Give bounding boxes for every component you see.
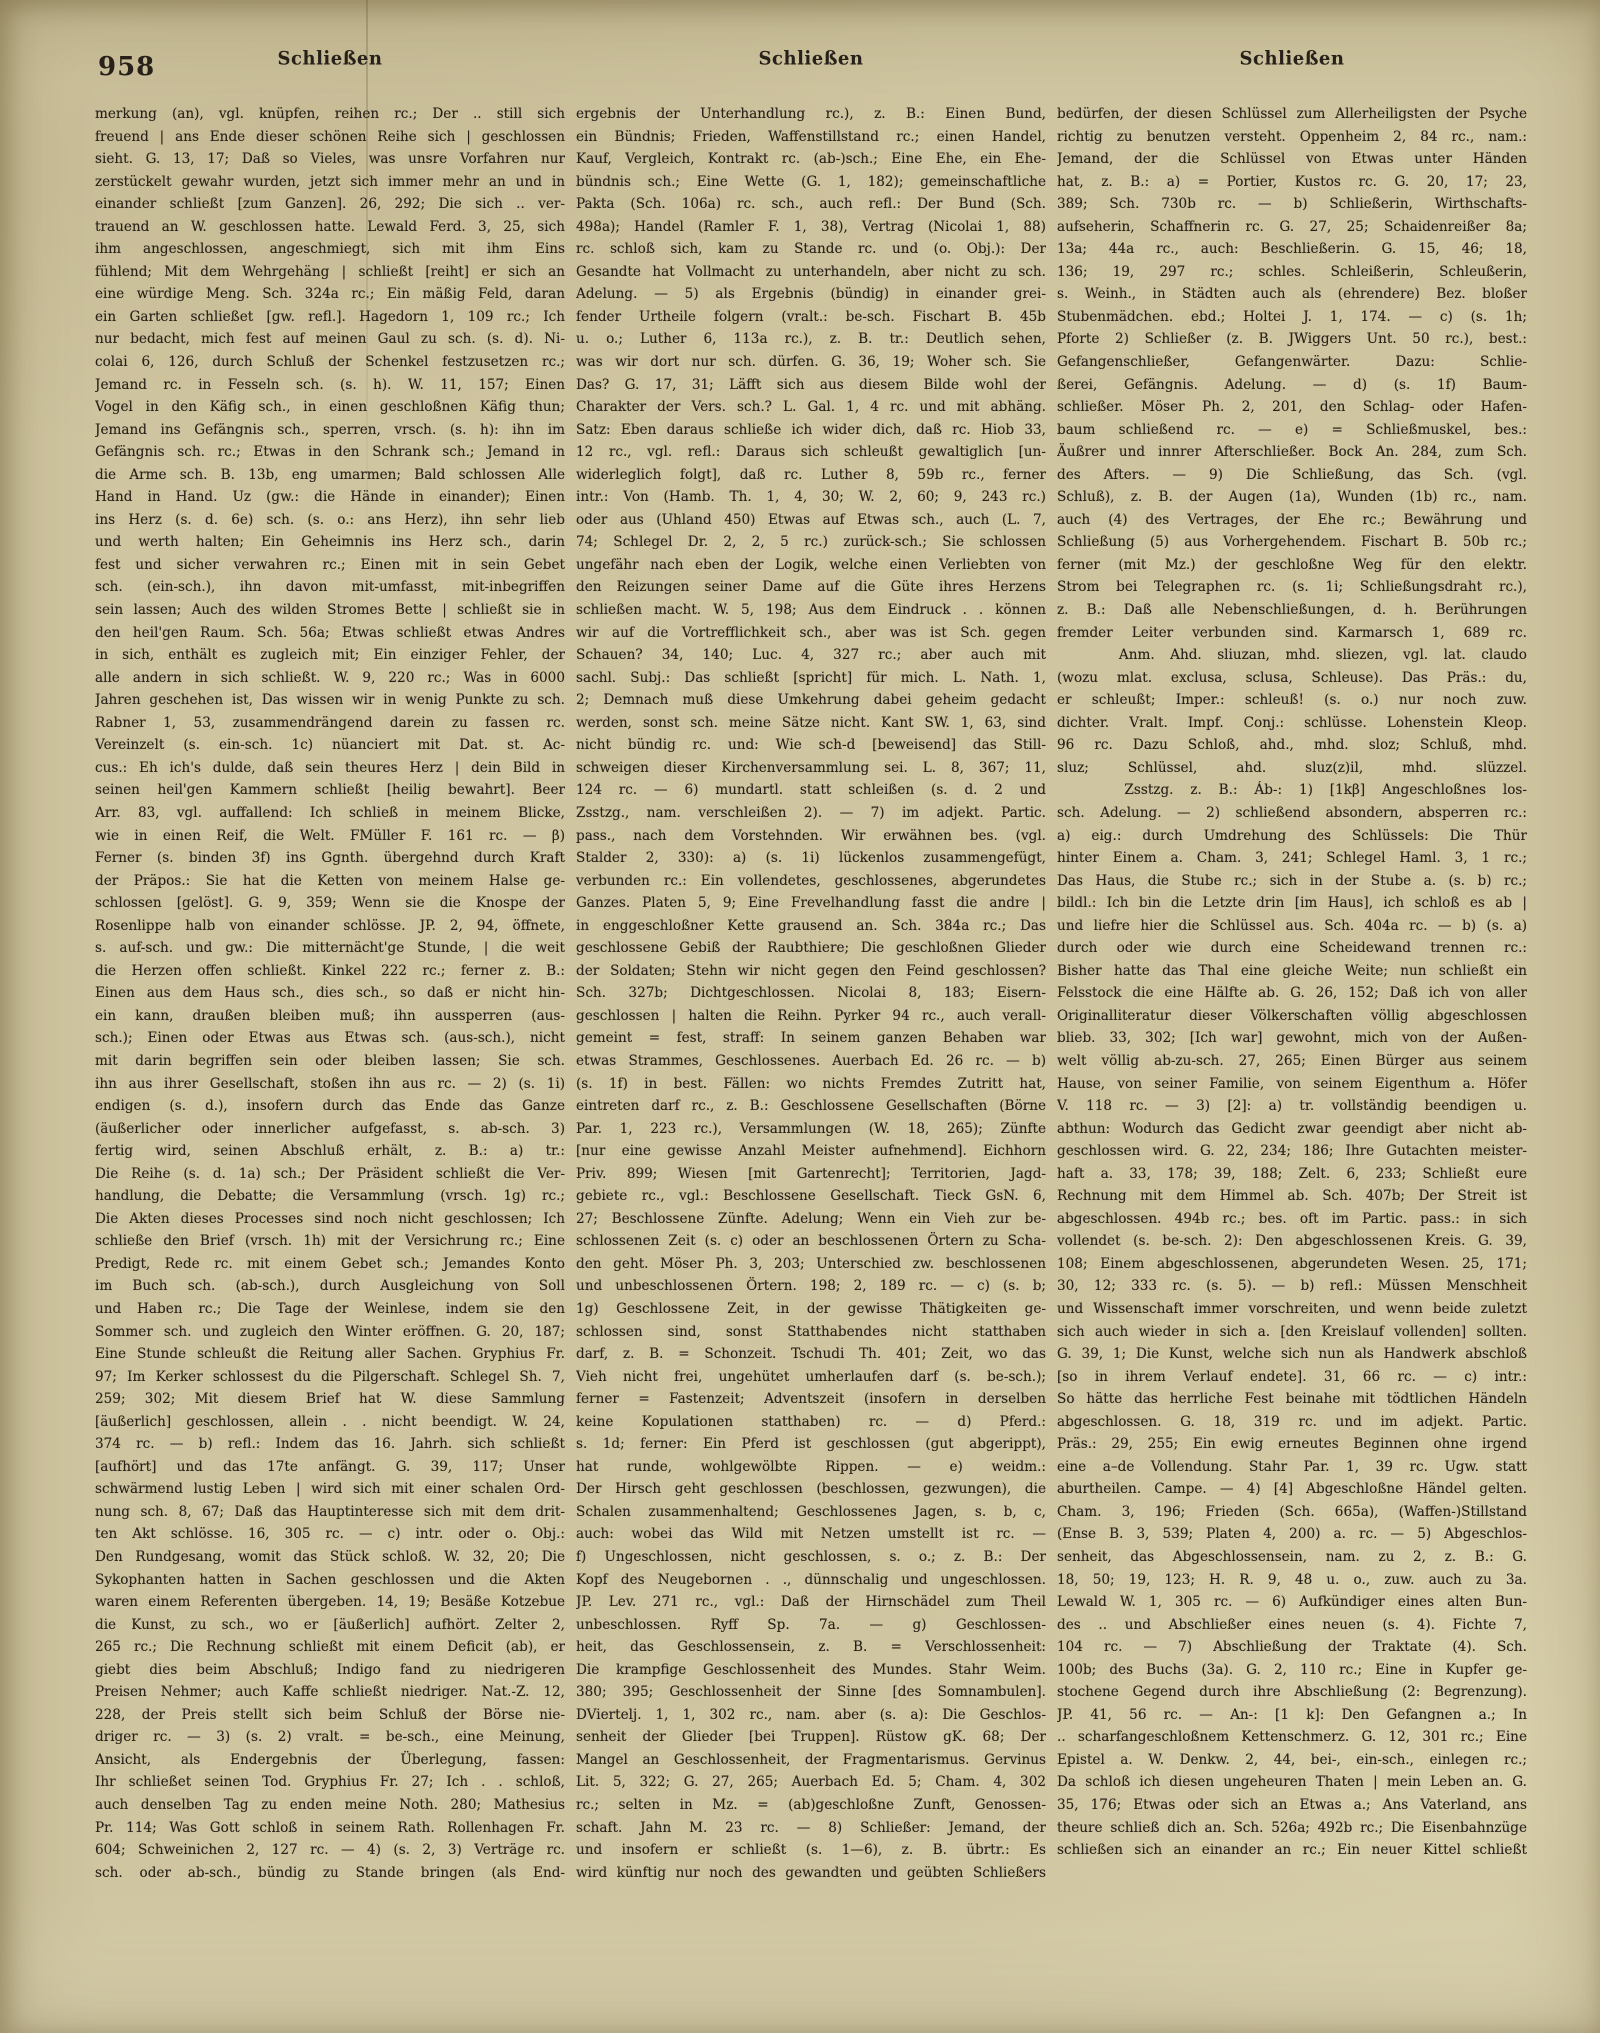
text-line: f) Ungeschlossen, nicht geschlossen, s. … [576,1546,1046,1569]
text-line: ein Garten schließet [gw. refl.]. Hagedo… [95,306,565,329]
text-line: sch. (ein-sch.), ihn davon mit-umfasst, … [95,576,565,599]
text-line: Präs.: 29, 255; Ein ewig erneutes Beginn… [1057,1433,1527,1456]
text-line: alle andern in sich schließt. W. 9, 220 … [95,667,565,690]
text-line: Bisher hatte das Thal eine gleiche Weite… [1057,960,1527,983]
text-line: 2; Demnach muß diese Umkehrung dabei geh… [576,689,1046,712]
text-line: geschlossene Gebiß der Raubthiere; Die g… [576,937,1046,960]
text-line: 108; Einem abgeschlossenen, abgerundeten… [1057,1253,1527,1276]
text-body: merkung (an), vgl. knüpfen, reihen rc.; … [0,103,1599,1884]
text-line: nur bedacht, mich fest auf meinen Gaul z… [95,328,565,351]
text-line: schlossenen Zeit (s. c) oder an beschlos… [576,1230,1046,1253]
text-line: Gesandte hat Vollmacht zu unterhandeln, … [576,261,1046,284]
text-line: ihm angeschlossen, angeschmiegt, sich mi… [95,238,565,261]
text-line: trauend an W. geschlossen hatte. Lewald … [95,216,565,239]
text-line: baum schließend rc. — e) = Schließmuskel… [1057,419,1527,442]
text-line: bildl.: Ich bin die Letzte drin [im Haus… [1057,892,1527,915]
text-line: und werth halten; Ein Geheimnis ins Herz… [95,531,565,554]
running-head-column-3: Schließen [1057,47,1527,69]
text-line: Pakta (Sch. 106a) rc. sch., auch refl.: … [576,193,1046,216]
text-line: wie in einen Reif, die Welt. FMüller F. … [95,825,565,848]
text-line: Cham. 3, 196; Frieden (Sch. 665a), (Waff… [1057,1501,1527,1524]
text-line: sachl. Subj.: Das schließt [spricht] für… [576,667,1046,690]
text-line: bündnis sch.; Eine Wette (G. 1, 182); ge… [576,171,1046,194]
text-line: Den Rundgesang, womit das Stück schloß. … [95,1546,565,1569]
text-line: fühlend; Mit dem Wehrgehäng | schließt [… [95,261,565,284]
text-line: s. Weinh., in Städten auch als (ehrender… [1057,283,1527,306]
text-line: z. B.: Daß alle Nebenschließungen, d. h.… [1057,599,1527,622]
text-line: Schalen zusammenhaltend; Geschlossenes J… [576,1501,1046,1524]
text-line: .. scharfangeschloßnem Kettenschmerz. G.… [1057,1726,1527,1749]
text-line: gebiete rc., vgl.: Beschlossene Gesellsc… [576,1185,1046,1208]
text-line: 27; Beschlossene Zünfte. Adelung; Wenn e… [576,1208,1046,1231]
text-line: schließer. Möser Ph. 2, 201, den Schlag-… [1057,396,1527,419]
text-line: widerleglich folgt], daß rc. Luther 8, 5… [576,464,1046,487]
text-line: Stalder 2, 330): a) (s. 1i) lückenlos zu… [576,847,1046,870]
text-line: Zsstzg. z. B.: Áb-: 1) [1kβ] Angeschloßn… [1057,779,1527,802]
text-column-1: merkung (an), vgl. knüpfen, reihen rc.; … [95,103,565,1884]
text-line: schwärmend lustig Leben | wird sich mit … [95,1478,565,1501]
text-line: ein kann, draußen bleiben muß; ihn aussp… [95,1005,565,1028]
text-line: fremder Leiter verbunden sind. Karmarsch… [1057,622,1527,645]
text-line: und unbeschlossenen Örtern. 198; 2, 189 … [576,1275,1046,1298]
text-line: eintreten darf rc., z. B.: Geschlossene … [576,1095,1046,1118]
text-line: driger rc. — 3) (s. 2) vralt. = be-sch.,… [95,1726,565,1749]
text-line: wird künftig nur noch des gewandten und … [576,1862,1046,1885]
text-line: einander schließt [zum Ganzen]. 26, 292;… [95,193,565,216]
text-line: Gefängnis sch. rc.; Etwas in den Schrank… [95,441,565,464]
text-line: Satz: Eben daraus schließe ich wider dic… [576,419,1046,442]
text-line: ferner = Fastenzeit; Adventszeit (insofe… [576,1388,1046,1411]
text-line: hat, z. B.: a) = Portier, Kustos rc. G. … [1057,171,1527,194]
text-line: 136; 19, 297 rc.; schles. Schleißerin, S… [1057,261,1527,284]
text-line: Schließung (5) aus Vorhergehendem. Fisch… [1057,531,1527,554]
text-line: [aufhört] und das 17te anfängt. G. 39, 1… [95,1456,565,1479]
text-line: in sich, enthält es zugleich mit; Ein ei… [95,644,565,667]
text-line: [so in ihrem Verlauf endete]. 31, 66 rc.… [1057,1366,1527,1389]
text-line: sch.); Einen oder Etwas aus Etwas sch. (… [95,1027,565,1050]
text-line: fertig wird, seinen Abschluß erhält, z. … [95,1140,565,1163]
text-line: sluz; Schlüssel, ahd. sluz(z)il, mhd. sl… [1057,757,1527,780]
text-line: seinen heil'gen Kammern schließt [heilig… [95,779,565,802]
text-line: eine würdige Meng. Sch. 324a rc.; Ein mä… [95,283,565,306]
text-line: sein lassen; Auch des wilden Stromes Bet… [95,599,565,622]
text-line: Priv. 899; Wiesen [mit Gartenrecht]; Ter… [576,1163,1046,1186]
text-line: verbunden rc.: Ein vollendetes, geschlos… [576,870,1046,893]
text-line: rc. schloß sich, kam zu Stande rc. und (… [576,238,1046,261]
running-head-row: Schließen Schließen Schließen [0,48,1600,69]
text-line: Felsstock die eine Hälfte ab. G. 26, 152… [1057,982,1527,1005]
text-line: Die Akten dieses Processes sind noch nic… [95,1208,565,1231]
text-line: sieht. G. 13, 17; Daß so Vieles, was uns… [95,148,565,171]
text-line: vollendet (s. be-sch. 2): Den abgeschlos… [1057,1230,1527,1253]
text-line: nicht bündig rc. und: Wie sch-d [beweise… [576,734,1046,757]
text-line: den Reizungen seiner Dame auf die Güte i… [576,576,1046,599]
text-line: abthun: Wodurch das Gedicht zwar geendig… [1057,1118,1527,1141]
text-line: Adelung. — 5) als Ergebnis (bündig) in e… [576,283,1046,306]
text-line: Ihr schließet seinen Tod. Gryphius Fr. 2… [95,1771,565,1794]
text-line: merkung (an), vgl. knüpfen, reihen rc.; … [95,103,565,126]
text-line: schließen sich an einander an rc.; Ein n… [1057,1839,1527,1862]
text-line: Kopf des Neugebornen . ., dünnschalig un… [576,1569,1046,1592]
text-line: die Kunst, zu sch., wo er [äußerlich] au… [95,1614,565,1637]
text-line: G. 39, 1; Die Kunst, welche sich nun als… [1057,1343,1527,1366]
text-line: Jemand ins Gefängnis sch., sperren, vrsc… [95,419,565,442]
text-line: Par. 1, 223 rc.), Versammlungen (W. 18, … [576,1118,1046,1141]
text-line: Predigt, Rede rc. mit einem Gebet sch.; … [95,1253,565,1276]
text-line: Ganzes. Platen 5, 9; Eine Frevelhandlung… [576,892,1046,915]
text-line: 74; Schlegel Dr. 2, 2, 5 rc.) zurück-sch… [576,531,1046,554]
text-line: [äußerlich] geschlossen, allein . . nich… [95,1411,565,1434]
text-line: hat runde, wohlgewölbte Rippen. — e) wei… [576,1456,1046,1479]
running-head-column-2: Schließen [576,47,1046,69]
text-line: sich auch wieder in sich a. [den Kreisla… [1057,1321,1527,1344]
text-line: (äußerlicher oder innerlicher aufgefasst… [95,1118,565,1141]
text-line: schließen macht. W. 5, 198; Aus dem Eind… [576,599,1046,622]
text-line: auch (4) des Vertrages, der Ehe rc.; Bew… [1057,509,1527,532]
text-line: 100b; des Buchs (3a). G. 2, 110 rc.; Ein… [1057,1659,1527,1682]
text-line: unbeschlossen. Ryff Sp. 7a. — g) Geschlo… [576,1614,1046,1637]
text-line: dichter. Vralt. Impf. Conj.: schlüsse. L… [1057,712,1527,735]
text-line: Schauen? 34, 140; Luc. 4, 327 rc.; aber … [576,644,1046,667]
text-line: ten Akt schlösse. 16, 305 rc. — c) intr.… [95,1523,565,1546]
text-line: geschlossen wird. G. 22, 234; 186; Ihre … [1057,1140,1527,1163]
text-line: Rechnung mit dem Himmel ab. Sch. 407b; D… [1057,1185,1527,1208]
text-line: s. auf-sch. und gw.: Die mitternächt'ge … [95,937,565,960]
text-line: JP. Lev. 271 rc., vgl.: Daß der Hirnschä… [576,1591,1046,1614]
text-line: Pforte 2) Schließer (z. B. JWiggers Unt.… [1057,328,1527,351]
text-line: der Präpos.: Sie hat die Ketten von mein… [95,870,565,893]
text-line: und Wissenschaft immer vorschreiten, und… [1057,1298,1527,1321]
text-line: cus.: Eh ich's dulde, daß sein theures H… [95,757,565,780]
text-line: hinter Einem a. Cham. 3, 241; Schlegel H… [1057,847,1527,870]
text-line: den geht. Möser Ph. 3, 203; Unterschied … [576,1253,1046,1276]
text-line: schlossen [gelöst]. G. 9, 359; Wenn sie … [95,892,565,915]
text-line: intr.: Von (Hamb. Th. 1, 4, 30; W. 2, 60… [576,486,1046,509]
text-line: Vogel in den Käfig sch., in einen geschl… [95,396,565,419]
text-line: Der Hirsch geht geschlossen (beschlossen… [576,1478,1046,1501]
text-line: sch. Adelung. — 2) schließend absondern,… [1057,802,1527,825]
text-line: Hand in Hand. Uz (gw.: die Hände in eina… [95,486,565,509]
dictionary-page-scan: 958 Schließen Schließen Schließen merkun… [0,0,1600,2033]
text-line: des .. und Abschließer eines neuen (s. 4… [1057,1614,1527,1637]
text-line: 265 rc.; Die Rechnung schließt mit einem… [95,1636,565,1659]
text-line: Stubenmädchen. ebd.; Holtei J. 1, 174. —… [1057,306,1527,329]
page-header: 958 Schließen Schließen Schließen [0,48,1600,88]
text-line: richtig zu benutzen versteht. Oppenheim … [1057,126,1527,149]
text-line: im Buch sch. (ab-sch.), durch Ausgleichu… [95,1275,565,1298]
text-line: den heil'gen Raum. Sch. 56a; Etwas schli… [95,622,565,645]
text-line: geschlossen | halten die Reihn. Pyrker 9… [576,1005,1046,1028]
text-line: handlung, die Debatte; die Versammlung (… [95,1185,565,1208]
text-line: Epistel a. W. Denkw. 2, 44, bei-, ein-sc… [1057,1749,1527,1772]
text-line: schaft. Jahn M. 23 rc. — 8) Schließer: J… [576,1817,1046,1840]
text-line: 1g) Geschlossene Zeit, in der gewisse Th… [576,1298,1046,1321]
text-line: auch: wobei das Wild mit Netzen umstellt… [576,1523,1046,1546]
text-line: endigen (s. d.), insofern durch das Ende… [95,1095,565,1118]
text-line: Arr. 83, vgl. auffallend: Ich schließ in… [95,802,565,825]
text-line: colai 6, 126, durch Schluß der Schenkel … [95,351,565,374]
text-line: Ferner (s. binden 3f) ins Ggnth. übergeh… [95,847,565,870]
text-line: ferner (mit Mz.) der geschloßne Weg für … [1057,554,1527,577]
text-line: schlossen sind, sonst Statthabendes nich… [576,1321,1046,1344]
text-line: Das Haus, die Stube rc.; sich in der Stu… [1057,870,1527,893]
text-line: in enggeschloßner Kette grausend an. Sch… [576,915,1046,938]
text-line: 124 rc. — 6) mundartl. statt schleißen (… [576,779,1046,802]
text-line: die Arme sch. B. 13b, eng umarmen; Bald … [95,464,565,487]
text-line: So hätte das herrliche Fest beinahe mit … [1057,1388,1527,1411]
text-line: der Soldaten; Stehn wir nicht gegen den … [576,960,1046,983]
text-line: Einen aus dem Haus sch., dies sch., so d… [95,982,565,1005]
text-line: Charakter der Vers. sch.? L. Gal. 1, 4 r… [576,396,1046,419]
text-line: Jemand rc. in Fesseln sch. (s. h). W. 11… [95,374,565,397]
text-line: Originalliteratur dieser Völkerschaften … [1057,1005,1527,1028]
text-line: welt völlig ab-zu-sch. 27, 265; Einen Bü… [1057,1050,1527,1073]
text-line: etwas Strammes, Geschlossenes. Auerbach … [576,1050,1046,1073]
text-line: wir auf die Vortrefflichkeit sch., aber … [576,622,1046,645]
text-line: fender Urtheile folgern (vralt.: be-sch.… [576,306,1046,329]
text-line: giebt dies beim Abschluß; Indigo fand zu… [95,1659,565,1682]
text-line: s. 1d; ferner: Ein Pferd ist geschlossen… [576,1433,1046,1456]
text-line: 96 rc. Dazu Schloß, ahd., mhd. sloz; Sch… [1057,734,1527,757]
text-line: stochene Gegend durch ihre Abschließung … [1057,1681,1527,1704]
text-line: Die krampfige Geschlossenheit des Mundes… [576,1659,1046,1682]
text-line: Preisen Nehmer; auch Kaffe schließt nied… [95,1681,565,1704]
text-line: gemeint = fest, straff: In seinem ganzen… [576,1027,1046,1050]
text-line: u. o.; Luther 6, 113a rc.), z. B. tr.: D… [576,328,1046,351]
text-line: schweigen dieser Kirchenversammlung sei.… [576,757,1046,780]
text-column-2: ergebnis der Unterhandlung rc.), z. B.: … [576,103,1046,1884]
text-line: heit, das Geschlossensein, z. B. = Versc… [576,1636,1046,1659]
text-line: schließe den Brief (vrsch. 1h) mit der V… [95,1230,565,1253]
text-line: sch. oder ab-sch., bündig zu Stande brin… [95,1862,565,1885]
text-line: Zsstzg., nam. verschleißen 2). — 7) im a… [576,802,1046,825]
text-line: ins Herz (s. d. 6e) sch. (s. o.: ans Her… [95,509,565,532]
text-line: er schleußt; Imper.: schleuß! (s. o.) nu… [1057,689,1527,712]
text-line: 12 rc., vgl. refl.: Daraus sich schleußt… [576,441,1046,464]
text-line: Lit. 5, 322; G. 27, 265; Auerbach Ed. 5;… [576,1771,1046,1794]
text-line: waren einem Referenten übergeben. 14, 19… [95,1591,565,1614]
text-line: und insofern er schließt (s. 1—6), z. B.… [576,1839,1046,1862]
text-line: blieb. 33, 302; [Ich war] gewohnt, mich … [1057,1027,1527,1050]
text-line: nung sch. 8, 67; Daß das Hauptinteresse … [95,1501,565,1524]
text-line: pass., nach dem Vorstehnden. Wir erwähne… [576,825,1046,848]
text-line: senheit, das Abgeschlossensein, nam. zu … [1057,1546,1527,1569]
text-line: Die Reihe (s. d. 1a) sch.; Der Präsident… [95,1163,565,1186]
text-line: oder aus (Uhland 450) Etwas auf Etwas sc… [576,509,1046,532]
text-line: a) eig.: durch Umdrehung des Schlüssels:… [1057,825,1527,848]
text-line: 35, 176; Etwas oder sich an Etwas a.; An… [1057,1794,1527,1817]
text-line: und liefre hier die Schlüssel aus. Sch. … [1057,915,1527,938]
text-line: Jemand, der die Schlüssel von Etwas unte… [1057,148,1527,171]
text-line: 228, der Preis stellt sich beim Schluß d… [95,1704,565,1727]
text-line: Lewald W. 1, 305 rc. — 6) Aufkündiger ei… [1057,1591,1527,1614]
text-line: ihn aus ihrer Gesellschaft, stoßen ihn a… [95,1073,565,1096]
text-line: haft a. 33, 178; 39, 188; Zelt. 6, 233; … [1057,1163,1527,1186]
text-line: durch oder wie durch eine Scheidewand tr… [1057,937,1527,960]
text-line: Da schloß ich diesen ungeheuren Thaten |… [1057,1771,1527,1794]
text-line: ungefähr nach eben der Logik, welche ein… [576,554,1046,577]
text-line: [nur eine gewisse Anzahl Meister aufnehm… [576,1140,1046,1163]
text-line: werden, sonst sch. meine Sätze nicht. Ka… [576,712,1046,735]
text-line: rc.; selten in Mz. = (ab)geschloßne Zunf… [576,1794,1046,1817]
text-line: Pr. 114; Was Gott schloß in seinem Rath.… [95,1817,565,1840]
text-line: Hause, von seiner Familie, von seinem Ei… [1057,1073,1527,1096]
text-line: Äußrer und innrer Afterschließer. Bock A… [1057,441,1527,464]
text-line: Anm. Ahd. sliuzan, mhd. sliezen, vgl. la… [1057,644,1527,667]
text-line: Rabner 1, 53, zusammendrängend darein zu… [95,712,565,735]
text-line: mit darin begriffen sein oder bleiben la… [95,1050,565,1073]
text-line: V. 118 rc. — 3) [2]: a) tr. vollständig … [1057,1095,1527,1118]
text-line: fest und sicher verwahren rc.; Einen mit… [95,554,565,577]
text-line: 97; Im Kerker schlossest du die Pilgersc… [95,1366,565,1389]
text-column-3: bedürfen, der diesen Schlüssel zum Aller… [1057,103,1527,1884]
text-line: und Haben rc.; Die Tage der Weinlese, in… [95,1298,565,1321]
text-line: Schluß), z. B. der Augen (1a), Wunden (1… [1057,486,1527,509]
text-line: (s. 1f) in best. Fällen: wo nichts Fremd… [576,1073,1046,1096]
text-line: ßerei, Gefängnis. Adelung. — d) (s. 1f) … [1057,374,1527,397]
text-line: die Herzen offen schließt. Kinkel 222 rc… [95,960,565,983]
text-line: Sommer sch. und zugleich den Winter eröf… [95,1321,565,1344]
text-line: Das? G. 17, 31; Läfft sich aus diesem Bi… [576,374,1046,397]
text-line: theure schließ dich an. Sch. 526a; 492b … [1057,1817,1527,1840]
text-line: Vieh nicht frei, ungehütet umherlaufen d… [576,1366,1046,1389]
text-line: darf, z. B. = Schonzeit. Tschudi Th. 401… [576,1343,1046,1366]
text-line: eine a–de Vollendung. Stahr Par. 1, 39 r… [1057,1456,1527,1479]
text-line: DViertelj. 1, 1, 302 rc., nam. aber (s. … [576,1704,1046,1727]
text-line: Eine Stunde schleußt die Reitung aller S… [95,1343,565,1366]
text-line: Rosenlippe halb von einander schlösse. J… [95,915,565,938]
text-line: bedürfen, der diesen Schlüssel zum Aller… [1057,103,1527,126]
text-line: Sykophanten hatten in Sachen geschlossen… [95,1569,565,1592]
text-line: Vereinzelt (s. ein-sch. 1c) nüanciert mi… [95,734,565,757]
text-line: abgeschlossen. G. 18, 319 rc. und im adj… [1057,1411,1527,1434]
text-line: aufseherin, Schaffnerin rc. G. 27, 25; S… [1057,216,1527,239]
text-line: 259; 302; Mit diesem Brief hat W. diese … [95,1388,565,1411]
text-line: abgeschlossen. 494b rc.; bes. oft im Par… [1057,1208,1527,1231]
text-line: 13a; 44a rc., auch: Beschließerin. G. 15… [1057,238,1527,261]
text-line: 18, 50; 19, 123; H. R. 9, 48 u. o., zuw.… [1057,1569,1527,1592]
text-line: auch denselben Tag zu enden meine Noth. … [95,1794,565,1817]
text-line: 389; Sch. 730b rc. — b) Schließerin, Wir… [1057,193,1527,216]
text-line: Mangel an Geschlossenheit, der Fragmenta… [576,1749,1046,1772]
text-line: 374 rc. — b) refl.: Indem das 16. Jahrh.… [95,1433,565,1456]
text-line: was wir dort nur sch. dürfen. G. 36, 19;… [576,351,1046,374]
text-line: JP. 41, 56 rc. — An-: [1 k]: Den Gefangn… [1057,1704,1527,1727]
text-line: Gefangenschließer, Gefangenwärter. Dazu:… [1057,351,1527,374]
text-line: Strom bei Telegraphen rc. (s. 1i; Schlie… [1057,576,1527,599]
text-line: zerstückelt gewahr wurden, jetzt sich im… [95,171,565,194]
text-line: 604; Schweinichen 2, 127 rc. — 4) (s. 2,… [95,1839,565,1862]
text-line: (wozu mlat. exclusa, sclusa, Schleuse). … [1057,667,1527,690]
text-line: 30, 12; 333 rc. (s. 5). — b) refl.: Müss… [1057,1275,1527,1298]
text-line: freuend | ans Ende dieser schönen Reihe … [95,126,565,149]
text-line: 380; 395; Geschlossenheit der Sinne [des… [576,1681,1046,1704]
text-line: Sch. 327b; Dichtgeschlossen. Nicolai 8, … [576,982,1046,1005]
text-line: Kauf, Vergleich, Kontrakt rc. (ab-)sch.;… [576,148,1046,171]
text-line: 104 rc. — 7) Abschließung der Traktate (… [1057,1636,1527,1659]
text-line: ergebnis der Unterhandlung rc.), z. B.: … [576,103,1046,126]
text-line: (Ense B. 3, 539; Platen 4, 200) a. rc. —… [1057,1523,1527,1546]
running-head-column-1: Schließen [95,47,565,69]
text-line: keine Kopulationen statthaben) rc. — d) … [576,1411,1046,1434]
text-line: aburtheilen. Campe. — 4) [4] Abgeschloßn… [1057,1478,1527,1501]
text-line: Jahren geschehen ist, Das wissen wir in … [95,689,565,712]
text-line: 498a); Handel (Ramler F. 1, 38), Vertrag… [576,216,1046,239]
text-line: senheit der Glieder [bei Truppen]. Rüsto… [576,1726,1046,1749]
text-line: des Afters. — 9) Die Schließung, das Sch… [1057,464,1527,487]
text-line: ein Bündnis; Frieden, Waffenstillstand r… [576,126,1046,149]
text-line: Ansicht, als Endergebnis der Überlegung,… [95,1749,565,1772]
